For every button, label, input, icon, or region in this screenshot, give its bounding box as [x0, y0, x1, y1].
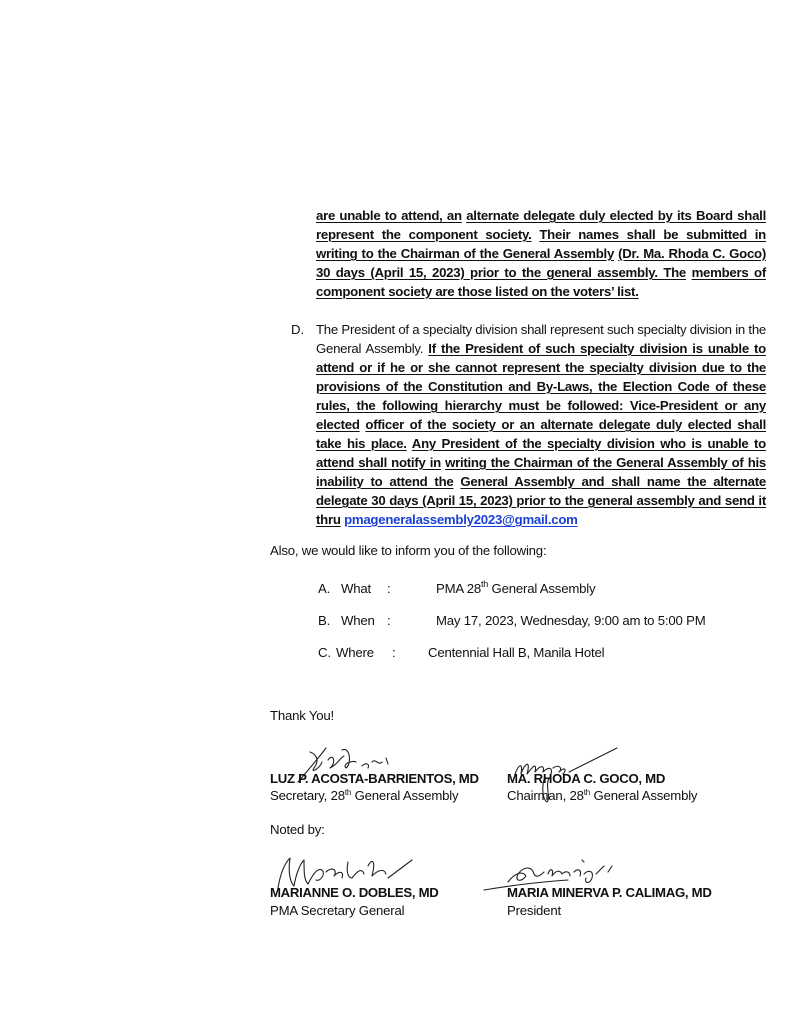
detail-label: Where [336, 643, 374, 662]
detail-label: What [341, 579, 371, 598]
detail-separator: : [387, 579, 390, 598]
item-c-continued-paragraph: are unable to attend, an alternate deleg… [316, 206, 766, 301]
underlined-text-run: provisions of the Constitution and By-La… [316, 379, 766, 394]
item-d-label: D. [291, 320, 304, 339]
signatory-name: MARIANNE O. DOBLES, MD [270, 885, 439, 901]
intro-line: Also, we would like to inform you of the… [270, 541, 546, 560]
detail-value: Centennial Hall B, Manila Hotel [428, 643, 604, 662]
closing-text: Thank You! [270, 706, 334, 725]
ordinal-suffix: th [584, 788, 590, 797]
noted-by-label: Noted by: [270, 820, 325, 839]
detail-label: When [341, 611, 375, 630]
detail-letter: A. [318, 579, 330, 598]
detail-separator: : [387, 611, 390, 630]
signatory-title: President [507, 903, 561, 919]
ordinal-suffix: th [345, 788, 351, 797]
detail-separator: : [392, 643, 395, 662]
detail-value: PMA 28th General Assembly [436, 579, 595, 598]
email-link[interactable]: pmageneralassembly2023@gmail.com [344, 512, 578, 527]
ordinal-suffix: th [481, 579, 488, 589]
signatory-name: LUZ P. ACOSTA-BARRIENTOS, MD [270, 771, 479, 787]
signatory-title: Chairman, 28th General Assembly [507, 788, 697, 804]
signatory-name: MA. RHODA C. GOCO, MD [507, 771, 665, 787]
detail-letter: B. [318, 611, 330, 630]
signatory-title: Secretary, 28th General Assembly [270, 788, 458, 804]
document-page: are unable to attend, an alternate deleg… [0, 0, 800, 1035]
signatory-name: MARIA MINERVA P. CALIMAG, MD [507, 885, 712, 901]
item-d-paragraph: The President of a specialty division sh… [316, 320, 766, 529]
detail-value: May 17, 2023, Wednesday, 9:00 am to 5:00… [436, 611, 705, 630]
detail-letter: C. [318, 643, 331, 662]
signatory-title: PMA Secretary General [270, 903, 404, 919]
underlined-text-run: are unable to attend, an [316, 208, 462, 223]
